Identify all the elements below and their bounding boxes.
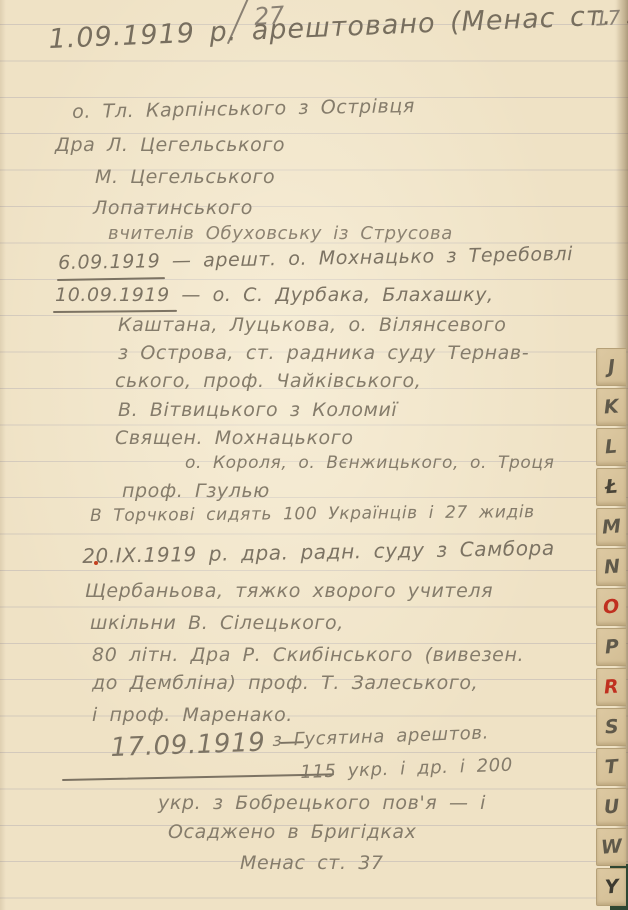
tab-letter: P — [604, 636, 619, 659]
underline-stroke — [57, 277, 165, 281]
tab-letter: J — [607, 356, 616, 378]
handwritten-line: о. Короля, о. Вєнжицького, о. Троця — [185, 453, 554, 473]
handwritten-line: Щербаньова, тяжко хворого учителя — [85, 580, 493, 602]
index-tab-column: J K L Ł M N O P R S T U W Y — [596, 348, 626, 908]
index-tab: W — [596, 828, 626, 866]
handwritten-line: проф. Гзулью — [122, 480, 270, 502]
handwritten-line: М. Цегельського — [95, 166, 275, 188]
tab-letter: R — [603, 676, 619, 699]
handwritten-line: Священ. Мохнацького — [115, 427, 354, 449]
tab-letter: N — [603, 555, 620, 578]
handwritten-line: о. Тл. Карпінського з Острівця — [72, 95, 415, 123]
handwritten-line: вчителів Обуховську із Струсова — [108, 223, 453, 244]
handwritten-line: 115 укр. і др. і 200 — [300, 755, 513, 783]
handwritten-line: 20.ІХ.1919 р. дра. радн. суду з Самбора — [82, 536, 555, 568]
index-tab: M — [596, 508, 626, 546]
handwritten-line: шкільни В. Сілецького, — [90, 612, 344, 634]
handwritten-line: 6.09.1919 — арешт. о. Мохнацько з Теребо… — [58, 243, 573, 274]
handwritten-line: Менас ст. 37 — [240, 852, 384, 874]
tab-letter: W — [600, 835, 622, 858]
index-tab: S — [596, 708, 626, 746]
handwritten-line: Каштана, Луцькова, о. Вілянсевого — [118, 314, 506, 336]
index-tab: L — [596, 428, 626, 466]
index-tab: J — [596, 348, 626, 386]
handwritten-line: 1.09.1919 р. арештовано (Менас ст. 36) — [48, 0, 628, 55]
tab-letter: Y — [604, 876, 619, 899]
handwritten-line: Дра Л. Цегельського — [55, 134, 285, 156]
handwritten-line: В. Вітвицького з Коломиї — [118, 399, 397, 421]
index-tab: R — [596, 668, 626, 706]
handwritten-line: з Острова, ст. радника суду Тернав- — [118, 342, 529, 364]
handwritten-line: ського, проф. Чайківського, — [115, 370, 421, 392]
handwritten-line: В Торчкові сидять 100 Українців і 27 жид… — [90, 502, 535, 526]
index-tab: P — [596, 628, 626, 666]
underline-stroke — [53, 310, 177, 313]
notebook-page: 27 17 1.09.1919 р. арештовано (Менас ст.… — [0, 0, 628, 910]
tab-letter: L — [605, 436, 619, 459]
tab-letter: T — [604, 756, 618, 779]
handwritten-line: 10.09.1919 — о. С. Дурбака, Блахашку, — [55, 284, 494, 306]
handwritten-line: 80 літн. Дра Р. Скибінського (вивезен. — [92, 644, 524, 666]
tab-letter: Ł — [604, 476, 618, 499]
handwritten-line: укр. з Бобрецького пов'я — і — [158, 792, 486, 814]
tab-letter: S — [604, 716, 619, 739]
tab-letter: K — [603, 396, 619, 419]
index-tab: T — [596, 748, 626, 786]
handwritten-line: Осаджено в Бригідках — [168, 821, 417, 843]
handwritten-line: і проф. Маренако. — [92, 704, 293, 726]
tab-letter: O — [603, 595, 621, 618]
index-tab: O — [596, 588, 626, 626]
handwritten-line: Лопатинського — [93, 197, 253, 219]
handwritten-line: до Дембліна) проф. Т. Залеського, — [92, 672, 478, 694]
tab-letter: U — [603, 795, 620, 818]
index-tab: N — [596, 548, 626, 586]
index-tab: Y — [596, 868, 626, 906]
red-dot-mark — [94, 561, 98, 565]
index-tab: U — [596, 788, 626, 826]
tab-letter: M — [601, 515, 621, 538]
underline-stroke — [62, 773, 334, 781]
index-tab: K — [596, 388, 626, 426]
index-tab: Ł — [596, 468, 626, 506]
